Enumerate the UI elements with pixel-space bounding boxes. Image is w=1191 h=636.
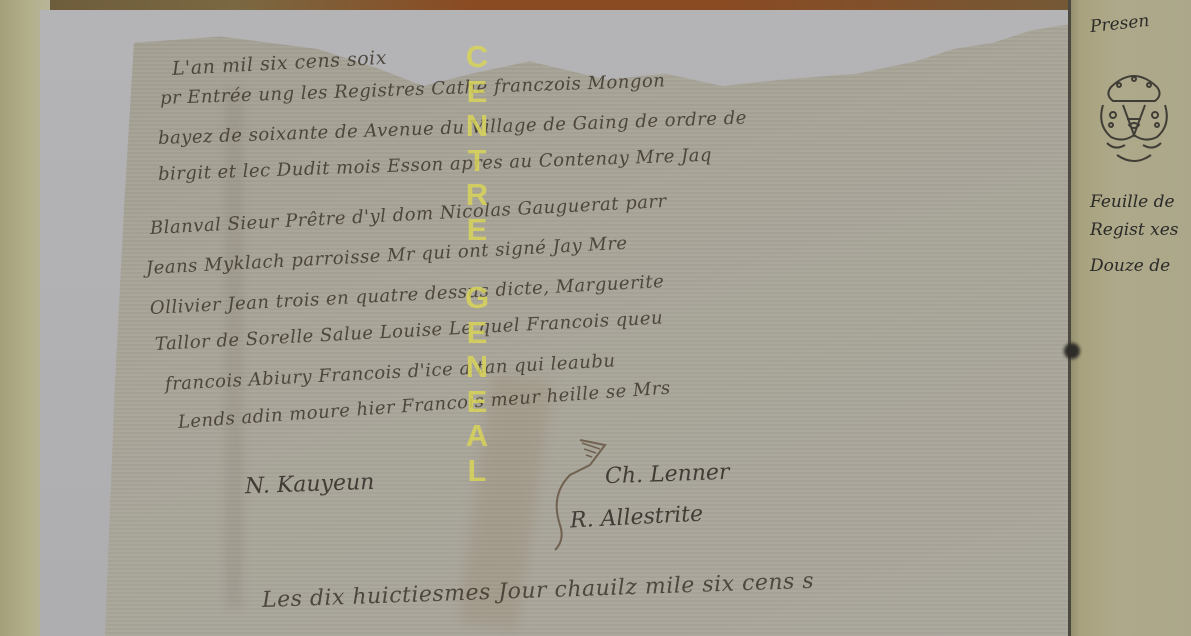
watermark-letter: A [466,419,488,454]
signature-flourish-icon [520,435,620,555]
watermark-letter: E [467,385,488,420]
watermark-letter: R [466,178,488,213]
watermark-letter: L [468,454,487,489]
text-line-4: birgit et lec Dudit mois Esson apres au … [158,145,713,185]
text-line-1: L'an mil six cens soix [171,47,387,80]
text-line-3: bayez de soixante de Avenue du Village d… [158,107,748,149]
signature-2: Ch. Lenner [605,460,730,489]
watermark-letter: E [467,316,488,351]
watermark-letter: C [466,40,488,75]
signature-1: N. Kauyeun [245,470,375,499]
centre-genealogique-watermark: C E N T R E G E N E A L [462,40,492,488]
text-line-6: Jeans Myklach parroisse Mr qui ont signé… [145,233,628,279]
watermark-letter: E [467,213,488,248]
watermark-letter: T [468,144,487,179]
footer-text-line: Les dix huictiesmes Jour chauilz mile si… [262,569,815,613]
watermark-letter: E [467,75,488,110]
watermark-letter: N [466,109,488,144]
watermark-letter: G [465,281,489,316]
text-line-5: Blanval Sieur Prêtre d'yl dom Nicolas Ga… [149,191,667,239]
watermark-letter: N [466,350,488,385]
